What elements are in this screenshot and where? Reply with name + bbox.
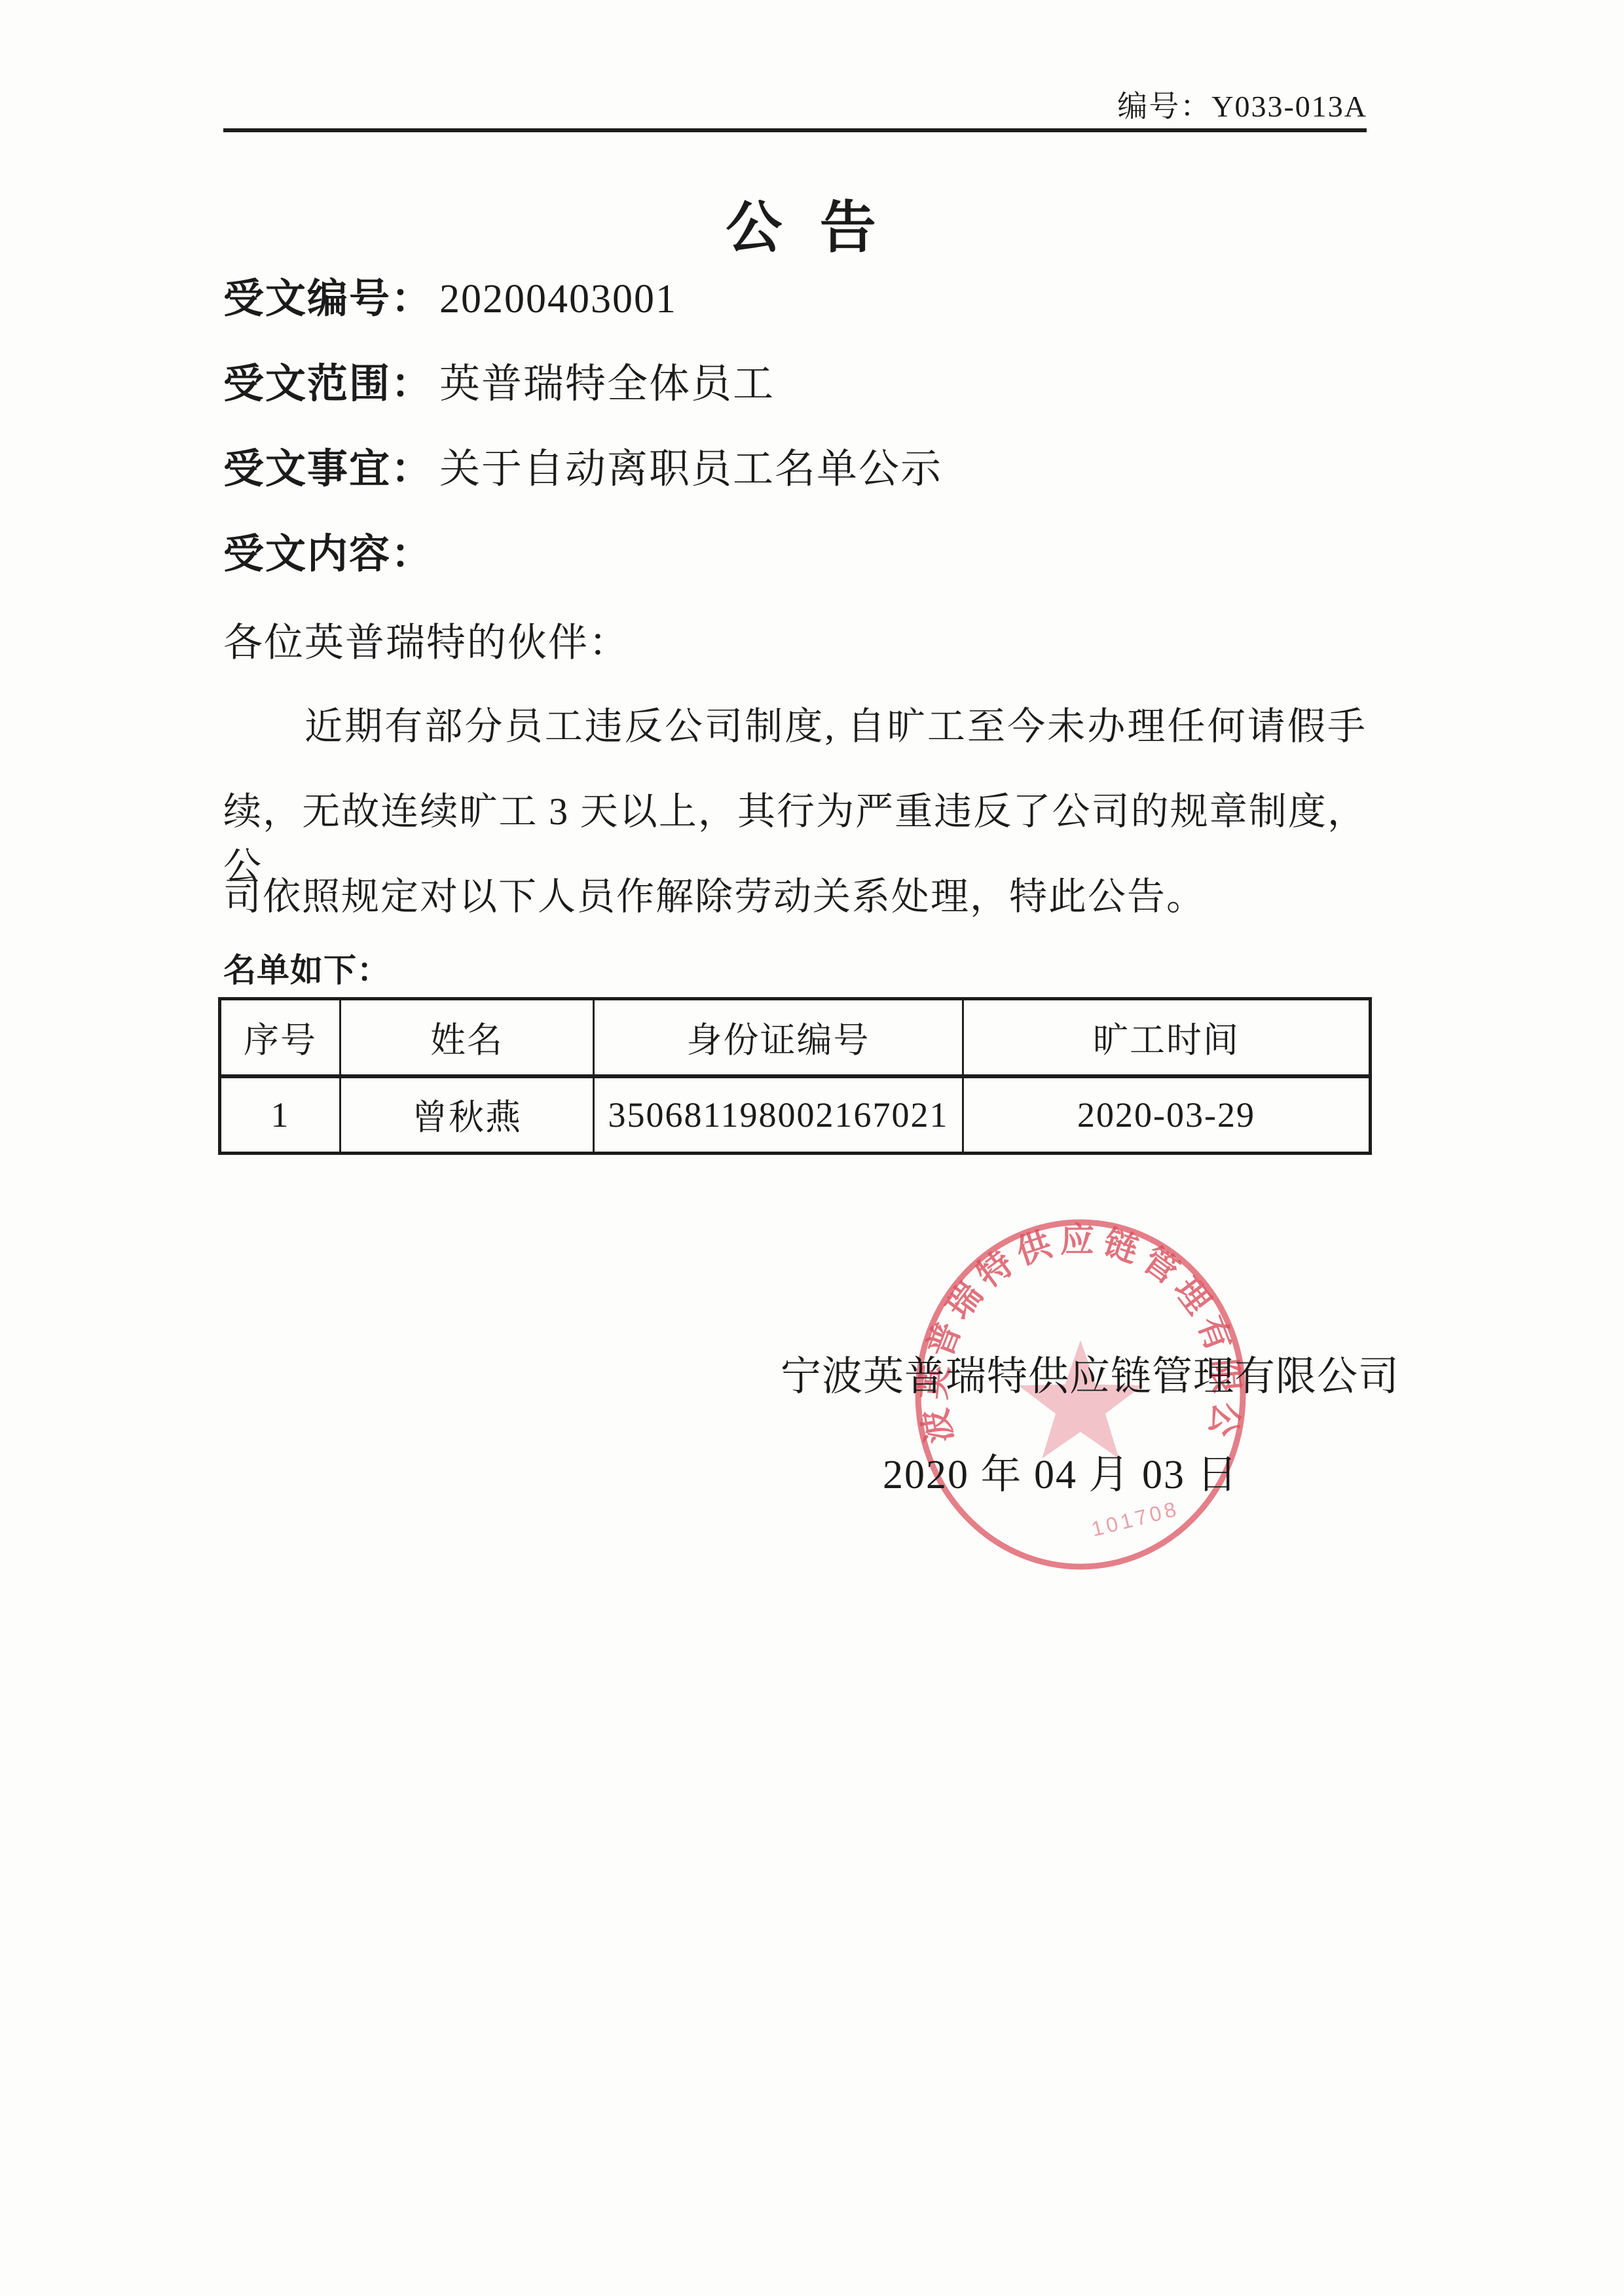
field-subject-label: 受文事宜： — [223, 446, 433, 492]
field-content-label: 受文内容： — [223, 532, 433, 577]
field-subject-value: 关于自动离职员工名单公示 — [439, 447, 942, 492]
cell-absence-date: 2020-03-29 — [963, 1076, 1371, 1154]
document-page: 编号：Y033-013A 公 告 受文编号：20200403001 受文范围：英… — [0, 0, 1624, 2296]
seal-code: 101708 — [1089, 1497, 1181, 1541]
field-scope-label: 受文范围： — [223, 361, 433, 407]
list-intro: 名单如下： — [223, 944, 390, 991]
cell-name: 曾秋燕 — [341, 1076, 594, 1154]
field-content: 受文内容： — [223, 521, 439, 579]
col-header-name: 姓名 — [341, 999, 594, 1076]
field-scope-value: 英普瑞特全体员工 — [439, 362, 775, 407]
header-rule — [223, 128, 1367, 132]
col-header-absence-date: 旷工时间 — [963, 999, 1371, 1076]
field-doc-id: 受文编号：20200403001 — [223, 266, 677, 324]
table-row: 1 曾秋燕 350681198002167021 2020-03-29 — [220, 1076, 1371, 1154]
cell-id-number: 350681198002167021 — [594, 1076, 963, 1154]
paragraph-line: 司依照规定对以下人员作解除劳动关系处理，特此公告。 — [223, 866, 1367, 920]
signature-company: 宁波英普瑞特供应链管理有限公司 — [781, 1343, 1399, 1402]
table-header-row: 序号 姓名 身份证编号 旷工时间 — [220, 999, 1371, 1076]
dismissal-table: 序号 姓名 身份证编号 旷工时间 1 曾秋燕 35068119800216702… — [218, 997, 1372, 1155]
paragraph-line: 近期有部分员工违反公司制度, 自旷工至今未办理任何请假手 — [223, 695, 1367, 750]
cell-index: 1 — [220, 1076, 341, 1154]
page-title: 公 告 — [0, 182, 1604, 263]
field-doc-id-label: 受文编号： — [223, 276, 433, 321]
doc-number: 编号：Y033-013A — [1117, 82, 1367, 126]
col-header-id-number: 身份证编号 — [594, 999, 963, 1076]
field-subject: 受文事宜：关于自动离职员工名单公示 — [223, 436, 942, 494]
salutation: 各位英普瑞特的伙伴： — [223, 611, 629, 668]
col-header-index: 序号 — [220, 999, 341, 1076]
field-doc-id-value: 20200403001 — [439, 277, 677, 321]
field-scope: 受文范围：英普瑞特全体员工 — [223, 351, 775, 409]
signature-date: 2020 年 04 月 03 日 — [883, 1442, 1239, 1500]
